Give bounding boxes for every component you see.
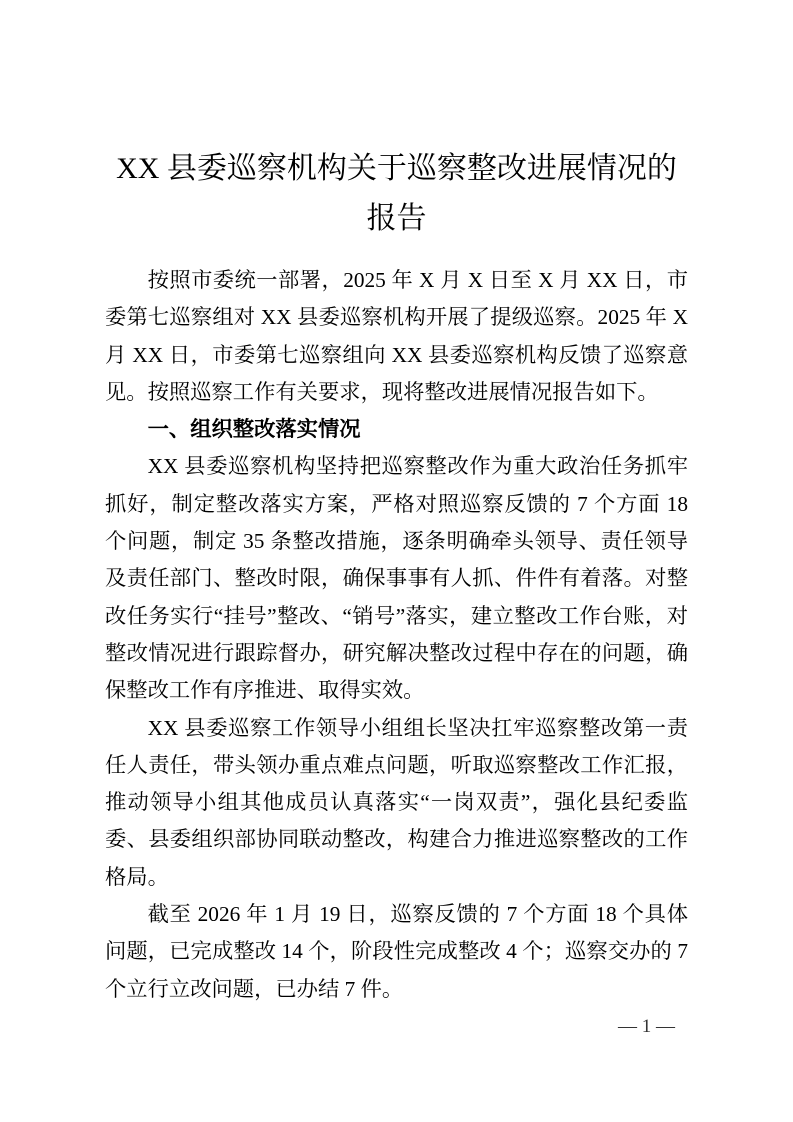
- section-heading-1: 一、组织整改落实情况: [105, 411, 688, 448]
- document-title: XX 县委巡察机构关于巡察整改进展情况的报告: [105, 144, 688, 244]
- paragraph-intro: 按照市委统一部署，2025 年 X 月 X 日至 X 月 XX 日，市委第七巡察…: [105, 262, 688, 411]
- paragraph-progress-statistics: 截至 2026 年 1 月 19 日，巡察反馈的 7 个方面 18 个具体问题，…: [105, 896, 688, 1008]
- document-content: XX 县委巡察机构关于巡察整改进展情况的报告 按照市委统一部署，2025 年 X…: [105, 0, 688, 1008]
- paragraph-rectification-organization: XX 县委巡察机构坚持把巡察整改作为重大政治任务抓牢抓好，制定整改落实方案，严格…: [105, 448, 688, 709]
- paragraph-leadership-responsibility: XX 县委巡察工作领导小组组长坚决扛牢巡察整改第一责任人责任，带头领办重点难点问…: [105, 710, 688, 896]
- page-number: — 1 —: [618, 1016, 675, 1038]
- document-page: XX 县委巡察机构关于巡察整改进展情况的报告 按照市委统一部署，2025 年 X…: [0, 0, 793, 1122]
